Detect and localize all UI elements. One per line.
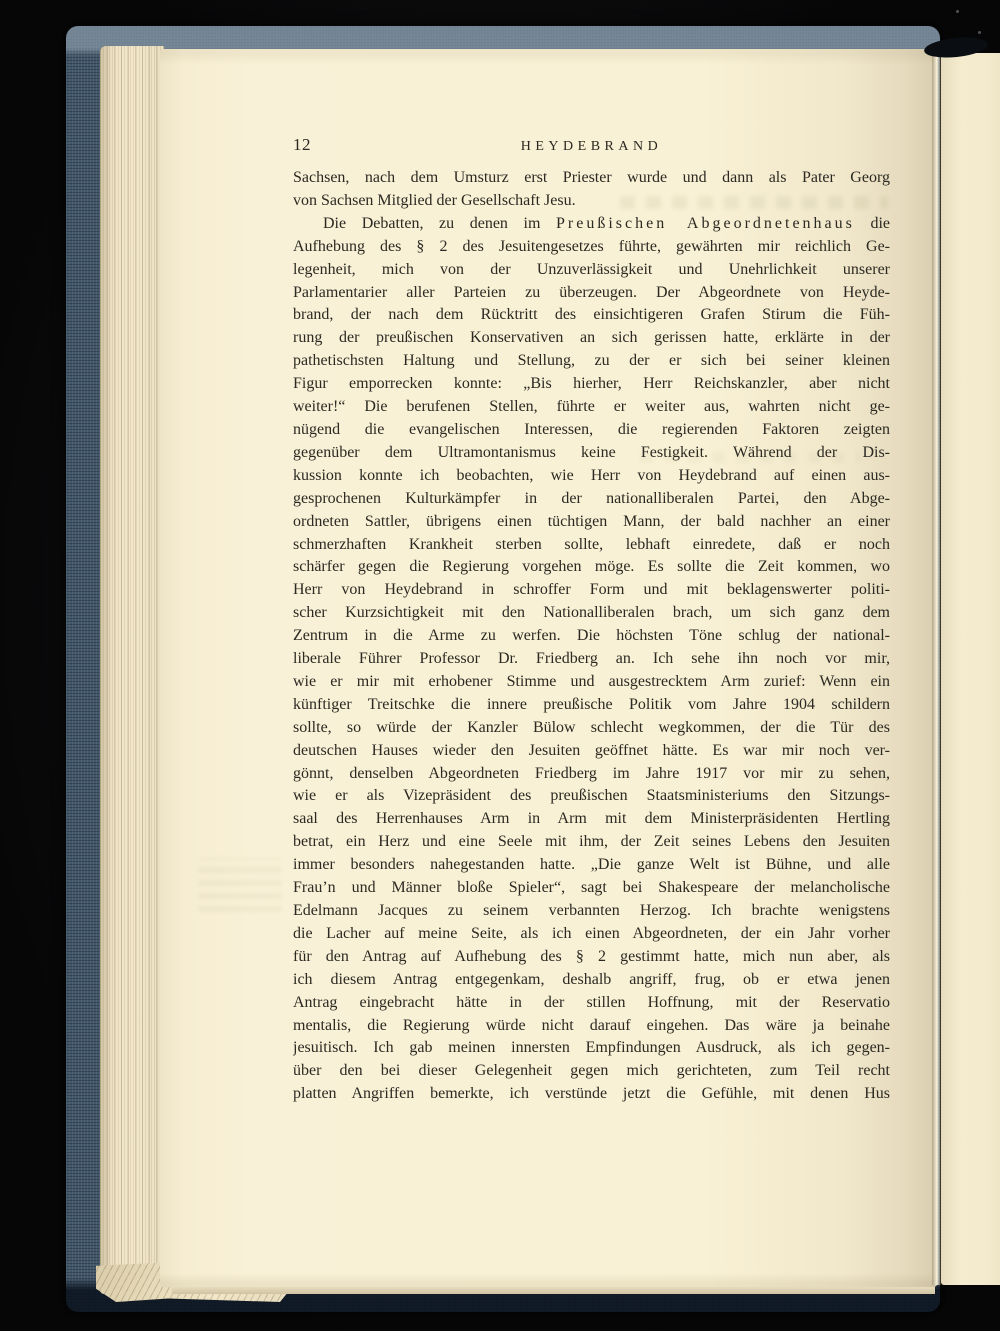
adjacent-page-edge [941,53,1000,1285]
book-photo: 12 HEYDEBRAND Sachsen, nach dem Umsturz … [0,0,1000,1331]
dust-speck [956,10,959,13]
text-line: Herr von Heydebrand in schroffer Form un… [293,579,890,602]
text-line: künftiger Treitschke die innere preußisc… [293,694,890,717]
text-line: gesprochenen Kulturkämpfer in der nation… [293,488,890,511]
text-line: nügend die evangelischen Interessen, die… [293,419,890,442]
page-stack-edges [100,46,164,1294]
text-line: brand, der nach dem Rücktritt des einsic… [293,304,890,327]
text-line: liberale Führer Professor Dr. Friedberg … [293,648,890,671]
text-line: scher Kurzsichtigkeit mit den Nationalli… [293,602,890,625]
dust-speck [978,31,981,34]
text-line: immer besonders nahegestanden hatte. „Di… [293,854,890,877]
gutter-crease [932,53,941,1285]
text-line: Frau’n und Männer bloße Spieler“, sagt b… [293,877,890,900]
text-line: saal des Herrenhauses Arm in Arm mit dem… [293,808,890,831]
text-line: platten Angriffen bemerkte, ich verstünd… [293,1083,890,1106]
text-line: schärfer gegen die Regierung vorgehen mö… [293,556,890,579]
text-line: weiter!“ Die berufenen Stellen, führte e… [293,396,890,419]
text-line: Aufhebung des § 2 des Jesuitengesetzes f… [293,236,890,259]
text-line: gönnt, denselben Abgeordneten Friedberg … [293,763,890,786]
text-line: wie er als Vizepräsident des preußischen… [293,785,890,808]
letterspaced-text: Preußischen Abgeordnetenhaus [556,215,855,232]
text-line: über den bei dieser Gelegenheit gegen mi… [293,1060,890,1083]
text-segment: Die Debatten, zu denen im [323,215,556,232]
text-line: rung der preußischen Konservativen an si… [293,327,890,350]
text-line: von Sachsen Mitglied der Gesellschaft Je… [293,190,890,213]
text-line: wie er mir mit erhobener Stimme und ausg… [293,671,890,694]
text-line: Sachsen, nach dem Umsturz erst Priester … [293,167,890,190]
text-line: sollte, so würde der Kanzler Bülow schle… [293,717,890,740]
text-segment: die [855,215,890,232]
text-line: Edelmann Jacques zu seinem verbannten He… [293,900,890,923]
text-line: jesuitisch. Ich gab meinen innersten Emp… [293,1037,890,1060]
text-line: pathetischsten Haltung und Stellung, zu … [293,350,890,373]
text-line: Parlamentarier aller Parteien zu überzeu… [293,282,890,305]
text-line: Figur emporrecken konnte: „Bis hierher, … [293,373,890,396]
text-line: Die Debatten, zu denen im Preußischen Ab… [293,213,890,236]
page-text: Sachsen, nach dem Umsturz erst Priester … [293,167,890,1106]
text-line: deutschen Hauses wieder den Jesuiten geö… [293,740,890,763]
text-line: für den Antrag auf Aufhebung des § 2 ges… [293,946,890,969]
text-line: betrat, ein Herz und eine Seele mit ihm,… [293,831,890,854]
text-line: ordneten Sattler, übrigens einen tüchtig… [293,511,890,534]
text-line: die Lacher auf meine Seite, als ich eine… [293,923,890,946]
text-line: kussion konnte ich beobachten, wie Herr … [293,465,890,488]
text-line: Antrag eingebracht hätte in der stillen … [293,992,890,1015]
text-line: schmerzhaften Krankheit sterben sollte, … [293,534,890,557]
text-line: Zentrum in die Arme zu werfen. Die höchs… [293,625,890,648]
running-header: HEYDEBRAND [293,139,890,155]
text-line: ich diesem Antrag entgegenkam, deshalb a… [293,969,890,992]
text-line: legenheit, mich von der Unzuverlässigkei… [293,259,890,282]
text-line: gegenüber dem Ultramontanismus keine Fes… [293,442,890,465]
text-line: mentalis, die Regierung würde nicht dara… [293,1015,890,1038]
page-under-edge [172,1287,935,1294]
